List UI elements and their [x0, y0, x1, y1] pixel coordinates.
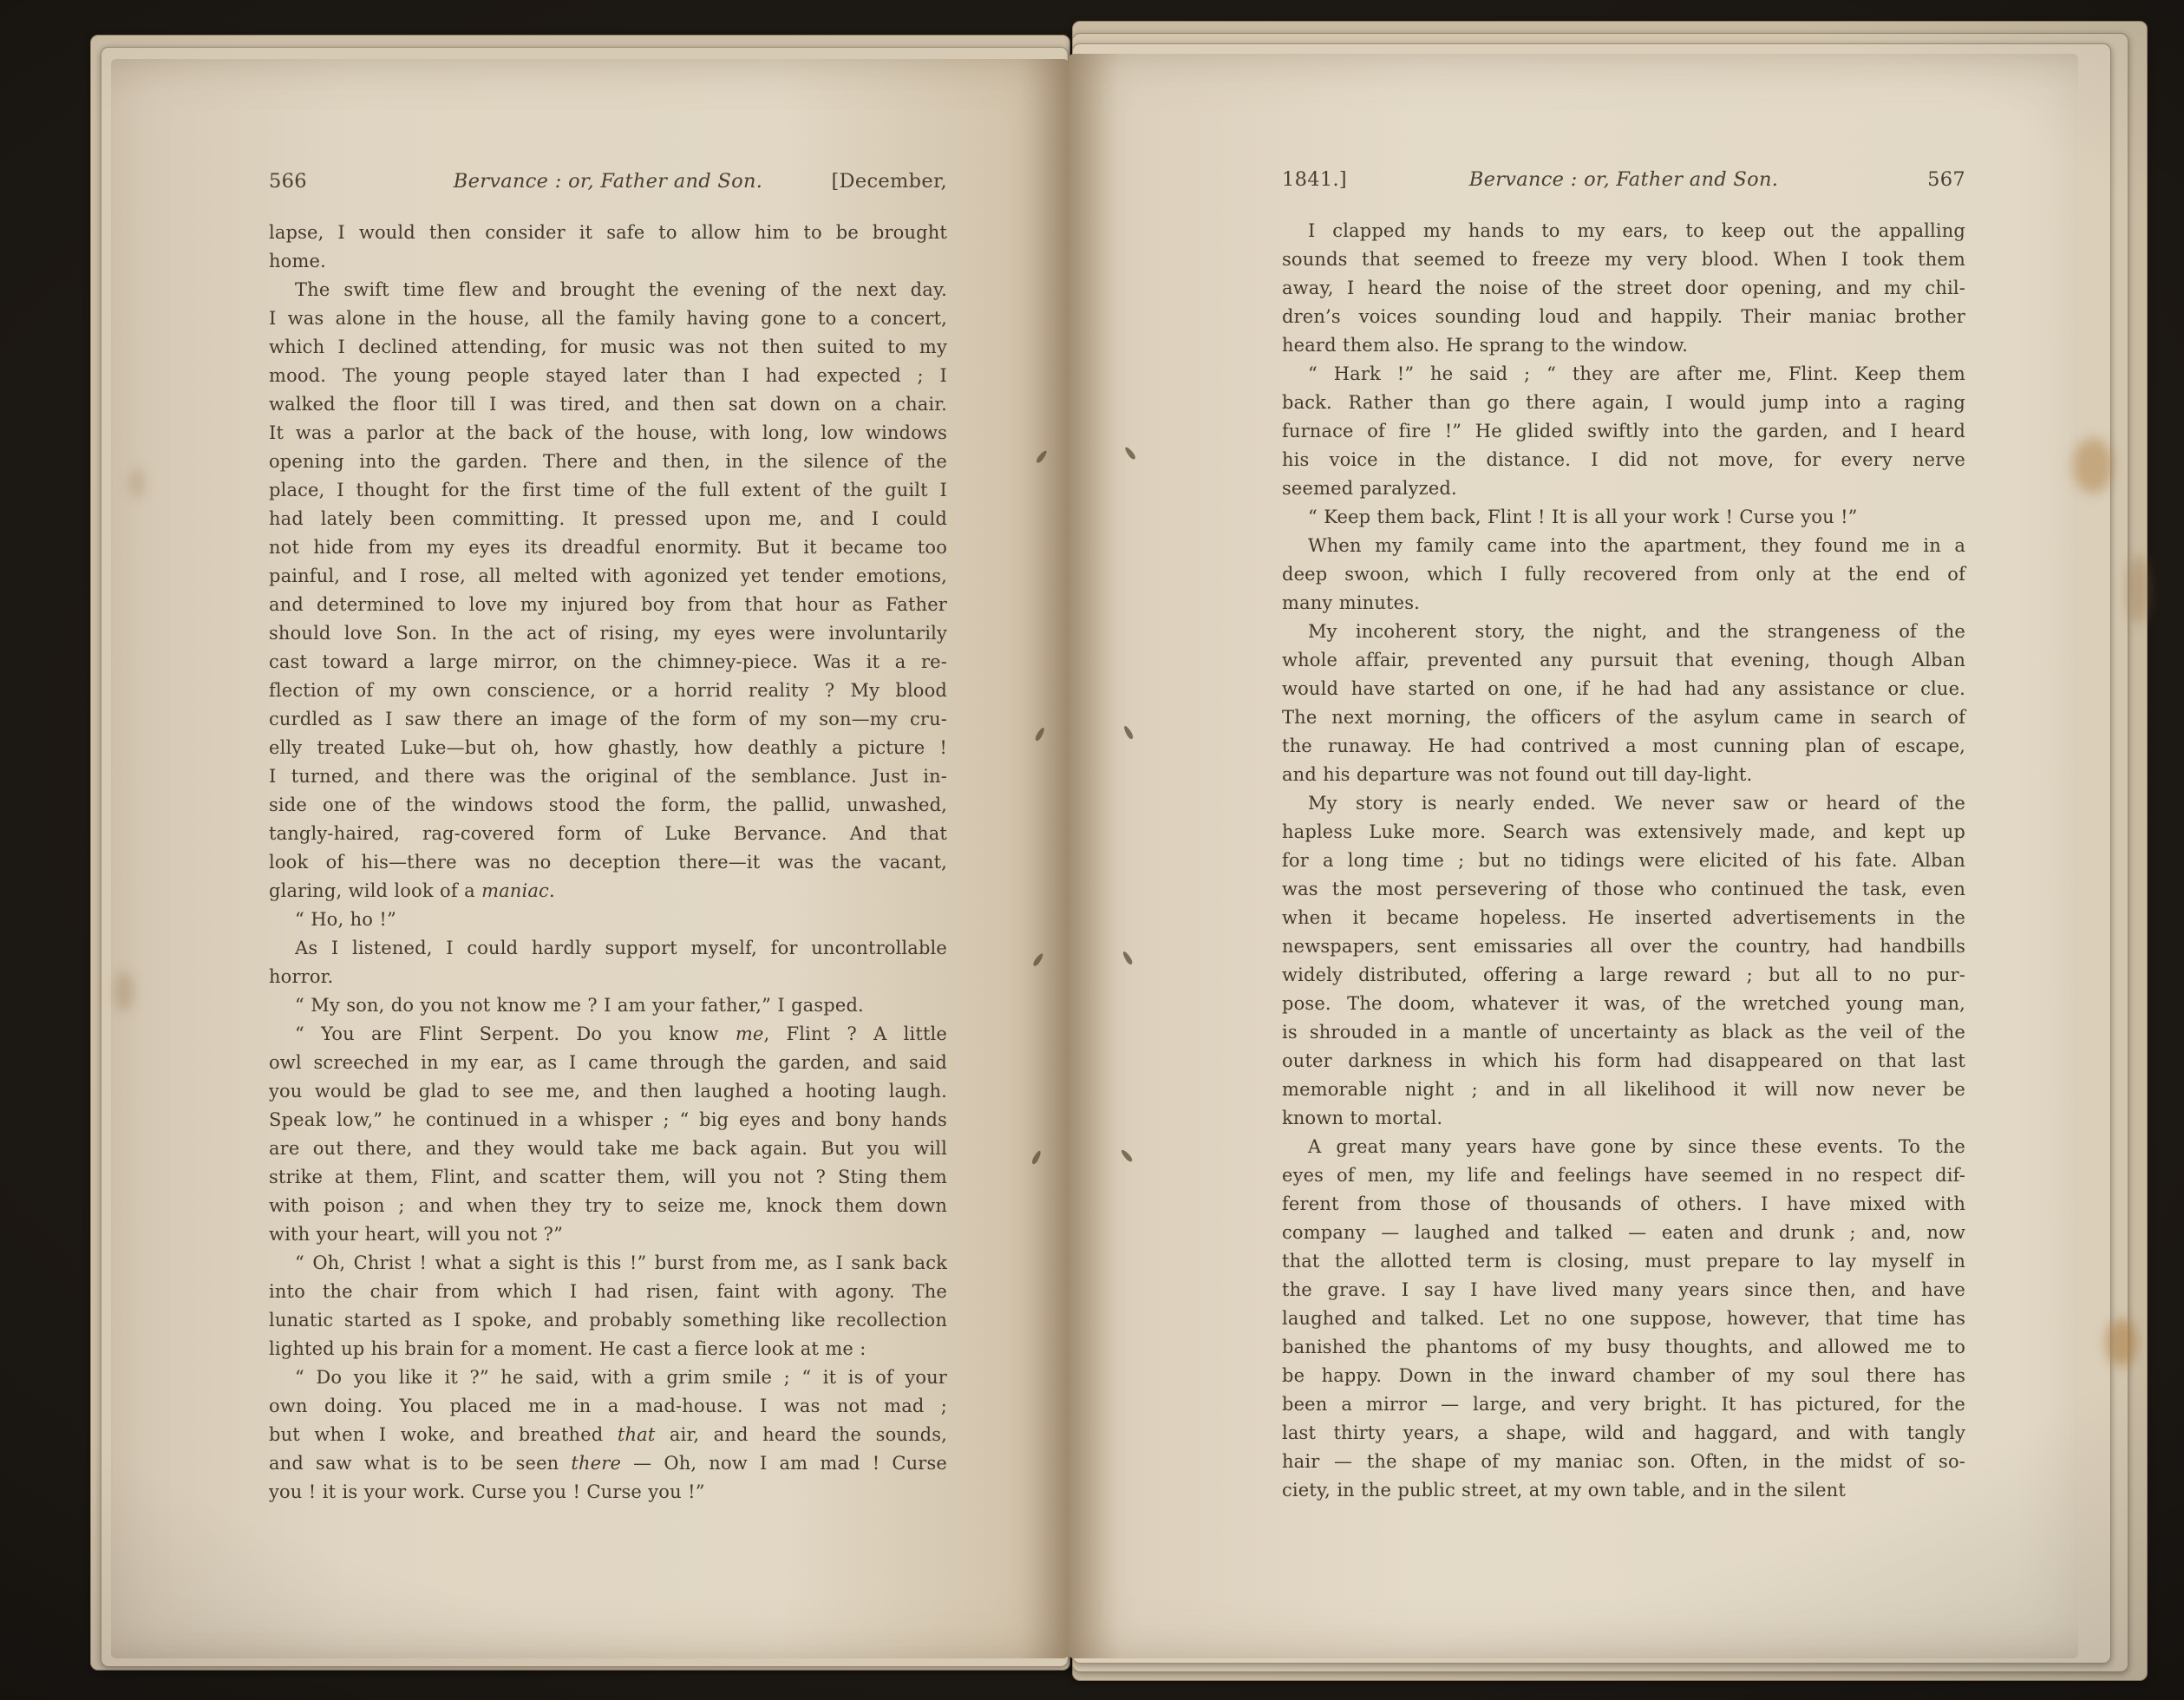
text-line: laughed and talked. Let no one suppose, … [1282, 1304, 1965, 1333]
issue-label: [December, [817, 170, 947, 193]
text-line: pose. The doom, whatever it was, of the … [1282, 990, 1965, 1018]
paragraph: I clapped my hands to my ears, to keep o… [1282, 217, 1965, 360]
text-line: “ Ho, ho !” [269, 906, 947, 934]
text-line: place, I thought for the first time of t… [269, 476, 947, 505]
text-line: flection of my own conscience, or a horr… [269, 677, 947, 705]
page-left: 566 Bervance : or, Father and Son. [Dece… [111, 59, 1069, 1658]
text-line: whole affair, prevented any pursuit that… [1282, 646, 1965, 675]
text-line: I turned, and there was the original of … [269, 762, 947, 791]
text-line: cast toward a large mirror, on the chimn… [269, 648, 947, 677]
text-line: It was a parlor at the back of the house… [269, 419, 947, 448]
text-line: was the most persevering of those who co… [1282, 875, 1965, 904]
text-line: hapless Luke more. Search was extensivel… [1282, 818, 1965, 847]
text-line: painful, and I rose, all melted with ago… [269, 562, 947, 591]
text-line: My story is nearly ended. We never saw o… [1282, 789, 1965, 818]
paragraph: When my family came into the apartment, … [1282, 532, 1965, 618]
text-line: walked the floor till I was tired, and t… [269, 390, 947, 419]
year-label: 1841.] [1282, 168, 1412, 191]
text-line: into the chair from which I had risen, f… [269, 1278, 947, 1306]
text-line: the runaway. He had contrived a most cun… [1282, 732, 1965, 761]
text-line: away, I heard the noise of the street do… [1282, 274, 1965, 303]
text-line: curdled as I saw there an image of the f… [269, 705, 947, 734]
text-line: last thirty years, a shape, wild and hag… [1282, 1419, 1965, 1448]
text-line: and determined to love my injured boy fr… [269, 591, 947, 619]
text-line: horror. [269, 963, 947, 991]
text-line: A great many years have gone by since th… [1282, 1133, 1965, 1161]
text-line: Speak low,” he continued in a whisper ; … [269, 1106, 947, 1134]
paragraph: A great many years have gone by since th… [1282, 1133, 1965, 1505]
text-line: side one of the windows stood the form, … [269, 791, 947, 820]
text-line: company — laughed and talked — eaten and… [1282, 1219, 1965, 1247]
text-line: hair — the shape of my maniac son. Often… [1282, 1448, 1965, 1476]
text-line: eyes of men, my life and feelings have s… [1282, 1161, 1965, 1190]
text-line: owl screeched in my ear, as I came throu… [269, 1049, 947, 1077]
text-line: As I listened, I could hardly support my… [269, 934, 947, 963]
text-line: My incoherent story, the night, and the … [1282, 618, 1965, 646]
text-line: not hide from my eyes its dreadful enorm… [269, 533, 947, 562]
text-line: that the allotted term is closing, must … [1282, 1247, 1965, 1276]
text-line: The swift time flew and brought the even… [269, 276, 947, 304]
text-line: seemed paralyzed. [1282, 474, 1965, 503]
foxing-stain [130, 468, 144, 498]
text-line: elly treated Luke—but oh, how ghastly, h… [269, 734, 947, 762]
text-line: own doing. You placed me in a mad-house.… [269, 1392, 947, 1421]
page-number: 567 [1835, 168, 1965, 191]
text-line: ciety, in the public street, at my own t… [1282, 1476, 1965, 1505]
paragraph: “ Hark !” he said ; “ they are after me,… [1282, 360, 1965, 503]
paragraph: The swift time flew and brought the even… [269, 276, 947, 906]
text-line: home. [269, 247, 947, 276]
text-line: sounds that seemed to freeze my very blo… [1282, 245, 1965, 274]
text-line: be happy. Down in the inward chamber of … [1282, 1362, 1965, 1390]
foxing-stain [2073, 438, 2113, 494]
text-line: banished the phantoms of my busy thought… [1282, 1333, 1965, 1362]
text-line: with poison ; and when they try to seize… [269, 1192, 947, 1220]
text-line: furnace of fire !” He glided swiftly int… [1282, 417, 1965, 446]
text-line: which I declined attending, for music wa… [269, 333, 947, 362]
text-line: tangly-haired, rag-covered form of Luke … [269, 820, 947, 848]
text-line: with your heart, will you not ?” [269, 1220, 947, 1249]
text-line: deep swoon, which I fully recovered from… [1282, 560, 1965, 589]
text-line: are out there, and they would take me ba… [269, 1134, 947, 1163]
text-line: widely distributed, offering a large rew… [1282, 961, 1965, 990]
text-line: “ Do you like it ?” he said, with a grim… [269, 1363, 947, 1392]
text-line: strike at them, Flint, and scatter them,… [269, 1163, 947, 1192]
text-line: for a long time ; but no tidings were el… [1282, 847, 1965, 875]
text-line: “ Hark !” he said ; “ they are after me,… [1282, 360, 1965, 389]
text-line: dren’s voices sounding loud and happily.… [1282, 303, 1965, 331]
text-line: is shrouded in a mantle of uncertainty a… [1282, 1018, 1965, 1047]
text-line: mood. The young people stayed later than… [269, 362, 947, 390]
text-line: back. Rather than go there again, I woul… [1282, 389, 1965, 417]
text-line: “ Keep them back, Flint ! It is all your… [1282, 503, 1965, 532]
text-line: when it became hopeless. He inserted adv… [1282, 904, 1965, 932]
text-line: should love Son. In the act of rising, m… [269, 619, 947, 648]
text-line: you ! it is your work. Curse you ! Curse… [269, 1478, 947, 1507]
foxing-stain [2127, 555, 2149, 624]
paragraph: My story is nearly ended. We never saw o… [1282, 789, 1965, 1133]
page-right: 1841.] Bervance : or, Father and Son. 56… [1069, 54, 2078, 1658]
text-line: newspapers, sent emissaries all over the… [1282, 932, 1965, 961]
text-line: glaring, wild look of a maniac. [269, 877, 947, 906]
running-head-right: 1841.] Bervance : or, Father and Son. 56… [1282, 168, 1965, 194]
running-head-left: 566 Bervance : or, Father and Son. [Dece… [269, 170, 947, 196]
page-number: 566 [269, 170, 399, 193]
text-line: I clapped my hands to my ears, to keep o… [1282, 217, 1965, 245]
paragraph: “ Do you like it ?” he said, with a grim… [269, 1363, 947, 1507]
text-column-right: I clapped my hands to my ears, to keep o… [1282, 217, 1965, 1505]
text-line: memorable night ; and in all likelihood … [1282, 1076, 1965, 1104]
text-line: and saw what is to be seen there — Oh, n… [269, 1449, 947, 1478]
paragraph: lapse, I would then consider it safe to … [269, 219, 947, 276]
paragraph: “ Oh, Christ ! what a sight is this !” b… [269, 1249, 947, 1363]
text-line: you would be glad to see me, and then la… [269, 1077, 947, 1106]
text-line: the grave. I say I have lived many years… [1282, 1276, 1965, 1304]
paragraph: “ Ho, ho !” [269, 906, 947, 934]
text-line: outer darkness in which his form had dis… [1282, 1047, 1965, 1076]
text-line: ferent from those of thousands of others… [1282, 1190, 1965, 1219]
text-line: opening into the garden. There and then,… [269, 448, 947, 476]
book-photo: 566 Bervance : or, Father and Son. [Dece… [0, 0, 2184, 1700]
paragraph: As I listened, I could hardly support my… [269, 934, 947, 991]
text-line: would have started on one, if he had had… [1282, 675, 1965, 703]
text-line: been a mirror — large, and very bright. … [1282, 1390, 1965, 1419]
text-line: “ You are Flint Serpent. Do you know me,… [269, 1020, 947, 1049]
text-line: I was alone in the house, all the family… [269, 304, 947, 333]
foxing-stain [2106, 1318, 2137, 1367]
text-line: look of his—there was no deception there… [269, 848, 947, 877]
text-line: When my family came into the apartment, … [1282, 532, 1965, 560]
text-line: known to mortal. [1282, 1104, 1965, 1133]
paragraph: “ You are Flint Serpent. Do you know me,… [269, 1020, 947, 1249]
text-line: “ My son, do you not know me ? I am your… [269, 991, 947, 1020]
text-line: and his departure was not found out till… [1282, 761, 1965, 789]
paragraph: “ Keep them back, Flint ! It is all your… [1282, 503, 1965, 532]
text-column-left: lapse, I would then consider it safe to … [269, 219, 947, 1507]
text-line: his voice in the distance. I did not mov… [1282, 446, 1965, 474]
text-line: “ Oh, Christ ! what a sight is this !” b… [269, 1249, 947, 1278]
text-line: lapse, I would then consider it safe to … [269, 219, 947, 247]
paragraph: “ My son, do you not know me ? I am your… [269, 991, 947, 1020]
running-title: Bervance : or, Father and Son. [1412, 168, 1835, 191]
text-line: heard them also. He sprang to the window… [1282, 331, 1965, 360]
text-line: The next morning, the officers of the as… [1282, 703, 1965, 732]
paragraph: My incoherent story, the night, and the … [1282, 618, 1965, 789]
foxing-stain [115, 971, 133, 1011]
running-title: Bervance : or, Father and Son. [399, 170, 817, 193]
text-line: lighted up his brain for a moment. He ca… [269, 1335, 947, 1363]
text-line: lunatic started as I spoke, and probably… [269, 1306, 947, 1335]
text-line: had lately been committing. It pressed u… [269, 505, 947, 533]
text-line: many minutes. [1282, 589, 1965, 618]
text-line: but when I woke, and breathed that air, … [269, 1421, 947, 1449]
